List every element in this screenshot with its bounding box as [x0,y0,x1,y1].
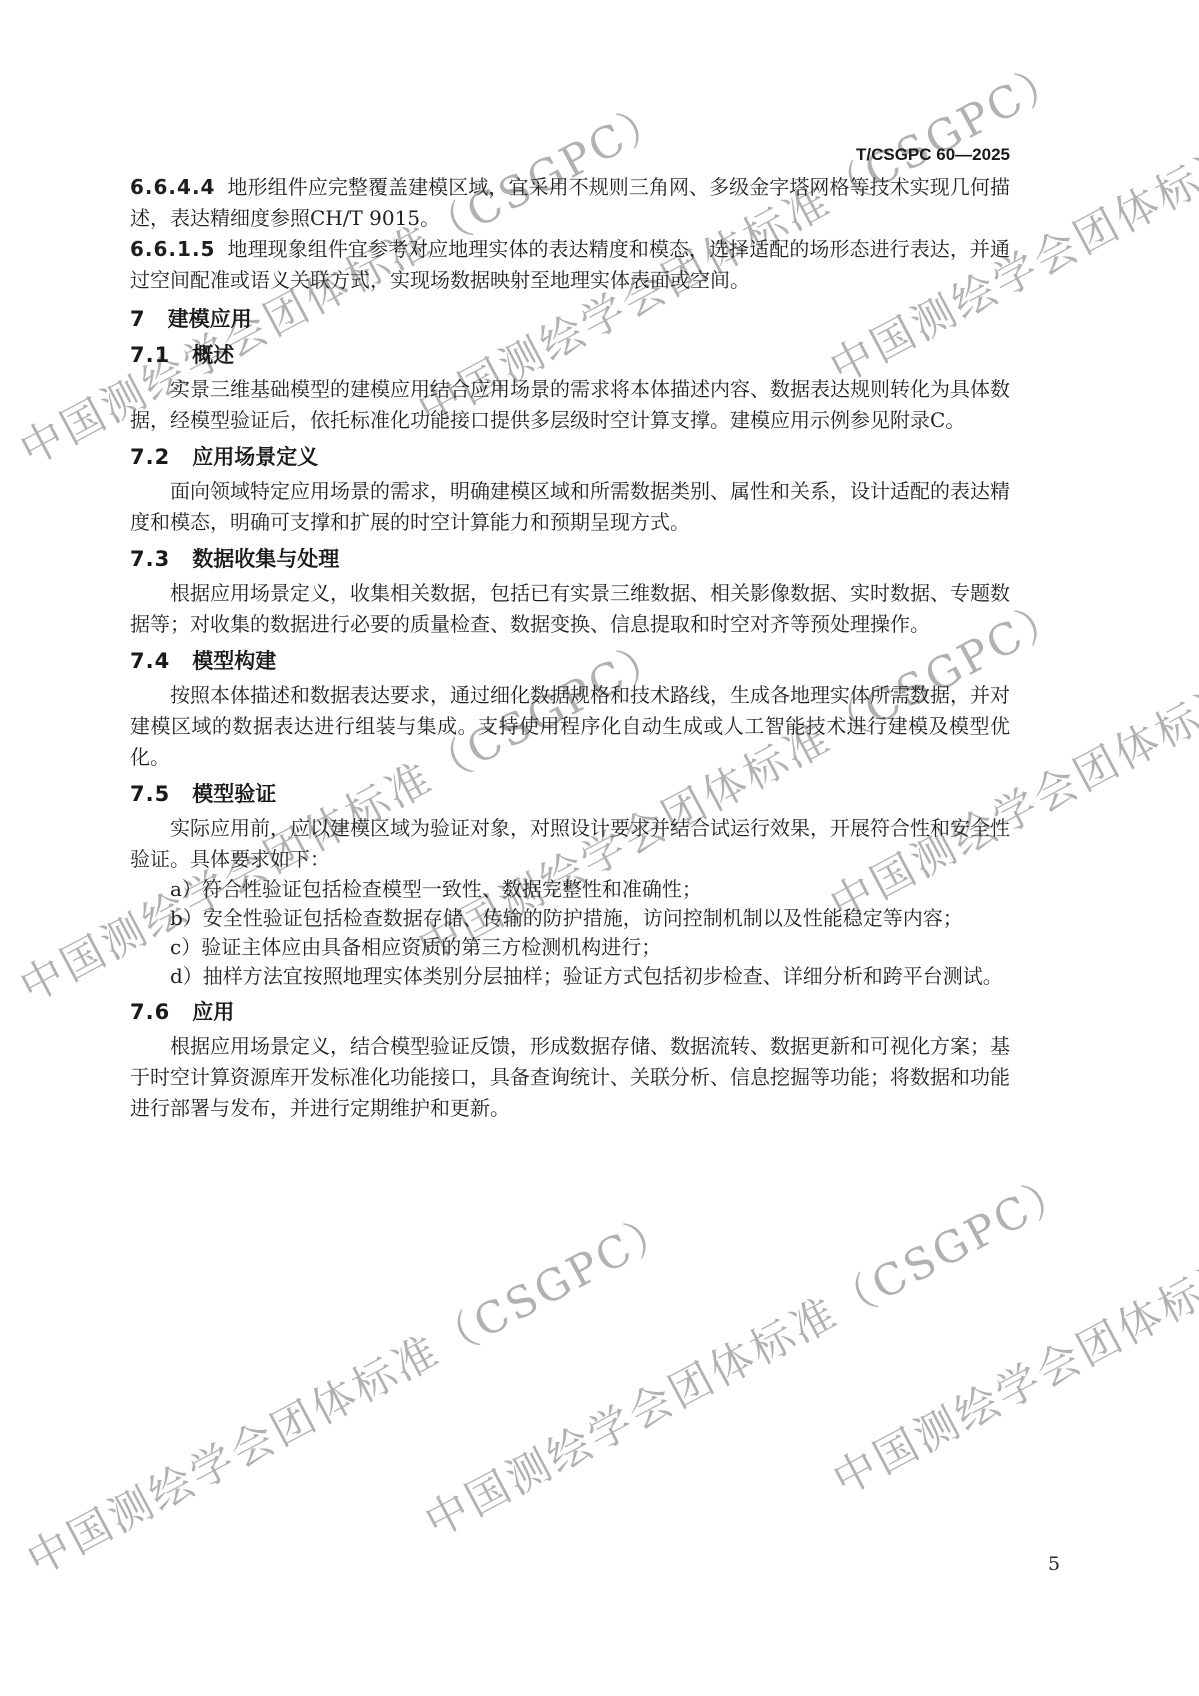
list-item: b）安全性验证包括检查数据存储、传输的防护措施，访问控制机制以及性能稳定等内容； [130,904,1010,933]
section-number: 7.3 [130,547,170,571]
section-number: 7.4 [130,649,170,673]
section-number: 7.5 [130,782,170,806]
section-paragraph: 根据应用场景定义，结合模型验证反馈，形成数据存储、数据流转、数据更新和可视化方案… [130,1031,1010,1124]
clause-6-6-4-4: 6.6.4.4地形组件应完整覆盖建模区域，宜采用不规则三角网、多级金字塔网格等技… [130,172,1010,234]
section-heading-7-6: 7.6应用 [130,997,1010,1027]
clause-number: 6.6.4.4 [130,175,215,199]
section-paragraph: 实景三维基础模型的建模应用结合应用场景的需求将本体描述内容、数据表达规则转化为具… [130,374,1010,436]
section-title: 数据收集与处理 [192,547,339,571]
list-item: d）抽样方法宜按照地理实体类别分层抽样；验证方式包括初步检查、详细分析和跨平台测… [130,962,1010,991]
section-heading-7-1: 7.1概述 [130,340,1010,370]
section-number: 7.1 [130,343,170,367]
section-title: 概述 [192,343,234,367]
section-heading-7-2: 7.2应用场景定义 [130,442,1010,472]
clause-number: 6.6.1.5 [130,237,215,261]
page-number: 5 [1048,1553,1060,1575]
section-paragraph: 根据应用场景定义，收集相关数据，包括已有实景三维数据、相关影像数据、实时数据、专… [130,578,1010,640]
page-header: T/CSGPC 60—2025 [856,145,1010,165]
section-number: 7.6 [130,1000,170,1024]
section-paragraph: 实际应用前，应以建模区域为验证对象，对照设计要求并结合试运行效果，开展符合性和安… [130,813,1010,875]
list-item: a）符合性验证包括检查模型一致性、数据完整性和准确性； [130,875,1010,904]
doc-number: T/CSGPC 60—2025 [856,145,1010,164]
section-number: 7.2 [130,445,170,469]
chapter-number: 7 [130,307,146,331]
section-title: 模型验证 [192,782,276,806]
section-title: 应用场景定义 [192,445,318,469]
clause-text: 地形组件应完整覆盖建模区域，宜采用不规则三角网、多级金字塔网格等技术实现几何描述… [130,175,1010,230]
section-title: 模型构建 [192,649,276,673]
clause-text: 地理现象组件宜参考对应地理实体的表达精度和模态，选择适配的场形态进行表达，并通过… [130,237,1010,292]
watermark-text: 中国测绘学会团体标准（CSGPC） [825,1122,1199,1505]
clause-6-6-1-5: 6.6.1.5地理现象组件宜参考对应地理实体的表达精度和模态，选择适配的场形态进… [130,234,1010,296]
chapter-heading: 7建模应用 [130,304,1010,334]
list-item: c）验证主体应由具备相应资质的第三方检测机构进行； [130,933,1010,962]
section-heading-7-5: 7.5模型验证 [130,779,1010,809]
section-heading-7-3: 7.3数据收集与处理 [130,544,1010,574]
watermark-text: 中国测绘学会团体标准（CSGPC） [417,1164,1080,1547]
section-title: 应用 [192,1000,234,1024]
section-paragraph: 面向领域特定应用场景的需求，明确建模区域和所需数据类别、属性和关系，设计适配的表… [130,476,1010,538]
chapter-title: 建模应用 [168,307,252,331]
verification-requirements-list: a）符合性验证包括检查模型一致性、数据完整性和准确性； b）安全性验证包括检查数… [130,875,1010,991]
section-paragraph: 按照本体描述和数据表达要求，通过细化数据规格和技术路线，生成各地理实体所需数据，… [130,680,1010,773]
watermark-text: 中国测绘学会团体标准（CSGPC） [19,1202,682,1585]
document-content: 6.6.4.4地形组件应完整覆盖建模区域，宜采用不规则三角网、多级金字塔网格等技… [130,172,1010,1124]
document-page: 中国测绘学会团体标准（CSGPC） 中国测绘学会团体标准（CSGPC） 中国测绘… [0,0,1199,1696]
section-heading-7-4: 7.4模型构建 [130,646,1010,676]
